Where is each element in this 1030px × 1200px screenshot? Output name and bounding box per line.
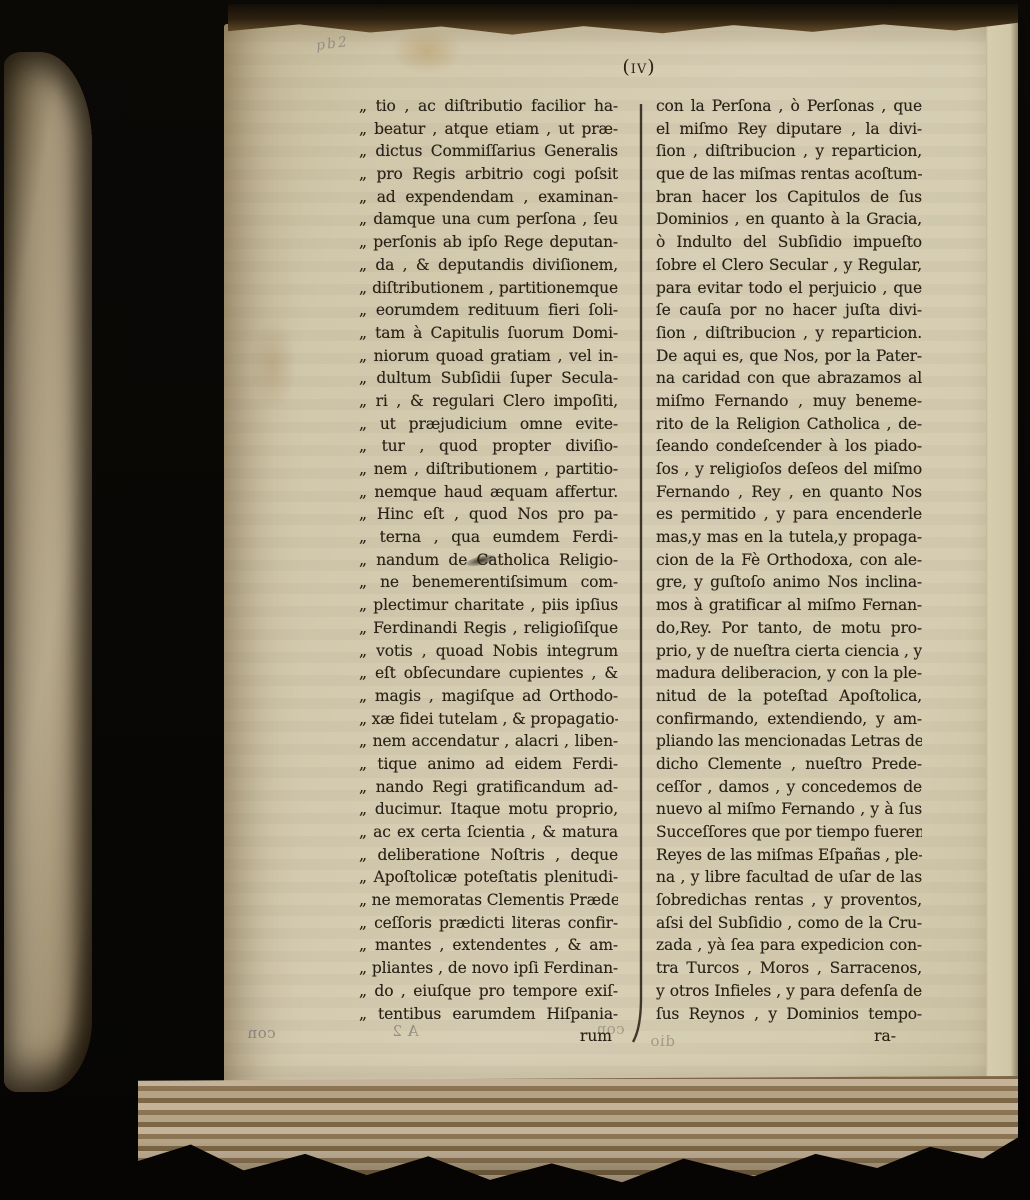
bleedthrough-text: dio bbox=[650, 1032, 675, 1050]
text-line: „ ad expendendam , examinan- bbox=[359, 188, 618, 211]
text-line: Reyes de las miſmas Eſpañas , ple- bbox=[656, 846, 922, 869]
text-line: „ dultum Subſidii ſuper Secula- bbox=[359, 369, 618, 392]
text-line: na , y libre facultad de uſar de las bbox=[656, 868, 922, 891]
text-line: bran hacer los Capitulos de ſus bbox=[656, 188, 922, 211]
text-line: tra Turcos , Moros , Sarracenos, bbox=[656, 959, 922, 982]
text-line: para evitar todo el perjuicio , que bbox=[656, 279, 922, 302]
spanish-text-column: con la Perſona , ò Perſonas , queel miſm… bbox=[656, 97, 922, 1050]
text-line: cion de la Fè Orthodoxa, con ale- bbox=[656, 551, 922, 574]
text-line: ſeando condeſcender à los piado- bbox=[656, 437, 922, 460]
text-line: „ da , & deputandis diviſionem, bbox=[359, 256, 618, 279]
text-line: con la Perſona , ò Perſonas , que bbox=[656, 97, 922, 120]
text-line: Fernando , Rey , en quanto Nos bbox=[656, 483, 922, 506]
text-line: „ pliantes , de novo ipſi Ferdinan- bbox=[359, 959, 618, 982]
page-bottom-ragged-edges bbox=[138, 1076, 1018, 1194]
text-line: „ deliberatione Noſtris , deque bbox=[359, 846, 618, 869]
text-line: gre, y guſtoſo animo Nos inclina- bbox=[656, 573, 922, 596]
text-line: nuevo al miſmo Fernando , y à ſus bbox=[656, 800, 922, 823]
book-photo: (iv) pb2 „ tio , ac diſtributio facilior… bbox=[0, 0, 1030, 1200]
text-line: ſion , diſtribucion , y reparticion, bbox=[656, 142, 922, 165]
text-line: „ tique animo ad eidem Ferdi- bbox=[359, 755, 618, 778]
text-line: ſos , y religioſos deſeos del miſmo bbox=[656, 460, 922, 483]
text-line: que de las miſmas rentas acoſtum- bbox=[656, 165, 922, 188]
text-line: ceſſor , damos , y concedemos de bbox=[656, 778, 922, 801]
text-line: „ perſonis ab ipſo Rege deputan- bbox=[359, 233, 618, 256]
text-line: „ do , eiuſque pro tempore exiſ- bbox=[359, 982, 618, 1005]
text-line: „ ne benemerentiſsimum com- bbox=[359, 573, 618, 596]
text-line: „ ac ex certa ſcientia , & matura bbox=[359, 823, 618, 846]
text-line: „ xæ fidei tutelam , & propagatio- bbox=[359, 710, 618, 733]
text-line: „ Ferdinandi Regis , religioſiſque bbox=[359, 619, 618, 642]
column-divider-rule bbox=[632, 100, 650, 1050]
text-line: „ damque una cum perſona , ſeu bbox=[359, 210, 618, 233]
facing-page-edge bbox=[4, 52, 92, 1092]
catchword-right: ra- bbox=[656, 1027, 922, 1050]
text-line: ſobre el Clero Secular , y Regular, bbox=[656, 256, 922, 279]
latin-text-column: „ tio , ac diſtributio facilior ha-„ bea… bbox=[359, 97, 618, 1050]
text-line: ſobredichas rentas , y proventos, bbox=[656, 891, 922, 914]
text-line: De aqui es, que Nos, por la Pater- bbox=[656, 347, 922, 370]
text-line: Succeſſores que por tiempo fueren bbox=[656, 823, 922, 846]
text-line: „ ne memoratas Clementis Præde- bbox=[359, 891, 618, 914]
text-line: madura deliberacion, y con la ple- bbox=[656, 664, 922, 687]
text-line: „ tio , ac diſtributio facilior ha- bbox=[359, 97, 618, 120]
text-line: „ ceſſoris prædicti literas confir- bbox=[359, 914, 618, 937]
text-line: „ Apoſtolicæ poteſtatis plenitudi- bbox=[359, 868, 618, 891]
text-line: „ terna , qua eumdem Ferdi- bbox=[359, 528, 618, 551]
text-line: „ nando Regi gratificandum ad- bbox=[359, 778, 618, 801]
text-line: „ dictus Commiſſarius Generalis bbox=[359, 142, 618, 165]
text-line: ſus Reynos , y Dominios tempo- bbox=[656, 1005, 922, 1028]
text-line: prio, y de nueſtra cierta ciencia , y bbox=[656, 642, 922, 665]
text-line: „ votis , quoad Nobis integrum bbox=[359, 642, 618, 665]
text-line: „ beatur , atque etiam , ut præ- bbox=[359, 120, 618, 143]
spanish-lines: con la Perſona , ò Perſonas , queel miſm… bbox=[656, 97, 922, 1027]
text-line: ſion , diſtribucion , y reparticion. bbox=[656, 324, 922, 347]
text-line: „ nemque haud æquam affertur. bbox=[359, 483, 618, 506]
text-line: miſmo Fernando , muy beneme- bbox=[656, 392, 922, 415]
text-line: „ tur , quod propter diviſio- bbox=[359, 437, 618, 460]
text-line: ò Indulto del Subſidio impueſto bbox=[656, 233, 922, 256]
text-line: „ ducimur. Itaque motu proprio, bbox=[359, 800, 618, 823]
paper-stain bbox=[392, 28, 462, 74]
text-line: „ nem accendatur , alacri , liben- bbox=[359, 732, 618, 755]
text-line: mas,y mas en la tutela,y propaga- bbox=[656, 528, 922, 551]
text-line: y otros Infieles , y para defenſa de bbox=[656, 982, 922, 1005]
text-line: el miſmo Rey diputare , la divi- bbox=[656, 120, 922, 143]
text-line: „ eſt obſecundare cupientes , & bbox=[359, 664, 618, 687]
text-line: „ pro Regis arbitrio cogi poſsit bbox=[359, 165, 618, 188]
bleedthrough-text: con bbox=[596, 1020, 625, 1038]
text-line: „ eorumdem redituum fieri ſoli- bbox=[359, 301, 618, 324]
paper-stain bbox=[250, 320, 296, 410]
text-line: „ Hinc eſt , quod Nos pro pa- bbox=[359, 505, 618, 528]
text-line: aſsi del Subſidio , como de la Cru- bbox=[656, 914, 922, 937]
text-line: „ niorum quoad gratiam , vel in- bbox=[359, 347, 618, 370]
text-line: „ nem , diſtributionem , partitio- bbox=[359, 460, 618, 483]
text-line: na caridad con que abrazamos al bbox=[656, 369, 922, 392]
text-line: „ magis , magiſque ad Orthodo- bbox=[359, 687, 618, 710]
text-line: „ diſtributionem , partitionemque bbox=[359, 279, 618, 302]
text-line: mos à gratificar al miſmo Fernan- bbox=[656, 596, 922, 619]
text-line: zada , yà ſea para expedicion con- bbox=[656, 936, 922, 959]
text-line: „ ri , & regulari Clero impoſiti, bbox=[359, 392, 618, 415]
text-line: nitud de la poteſtad Apoſtolica, bbox=[656, 687, 922, 710]
text-line: pliando las mencionadas Letras del bbox=[656, 732, 922, 755]
text-line: „ ut præjudicium omne evite- bbox=[359, 415, 618, 438]
text-line: dicho Clemente , nueſtro Prede- bbox=[656, 755, 922, 778]
text-line: rito de la Religion Catholica , de- bbox=[656, 415, 922, 438]
page-number-folio: (iv) bbox=[596, 56, 682, 78]
bleedthrough-signature-mark: A 2 bbox=[392, 1022, 419, 1040]
text-line: ſe cauſa por no hacer juſta divi- bbox=[656, 301, 922, 324]
bleedthrough-text: con bbox=[247, 1024, 276, 1042]
text-line: Dominios , en quanto à la Gracia, bbox=[656, 210, 922, 233]
text-line: confirmando, extendiendo, y am- bbox=[656, 710, 922, 733]
text-line: „ tam à Capitulis ſuorum Domi- bbox=[359, 324, 618, 347]
text-line: do,Rey. Por tanto, de motu pro- bbox=[656, 619, 922, 642]
text-line: es permitido , y para encenderle bbox=[656, 505, 922, 528]
binding-gutter-ragged-edges bbox=[84, 0, 234, 1200]
text-line: „ mantes , extendentes , & am- bbox=[359, 936, 618, 959]
text-line: „ plectimur charitate , piis ipſius bbox=[359, 596, 618, 619]
